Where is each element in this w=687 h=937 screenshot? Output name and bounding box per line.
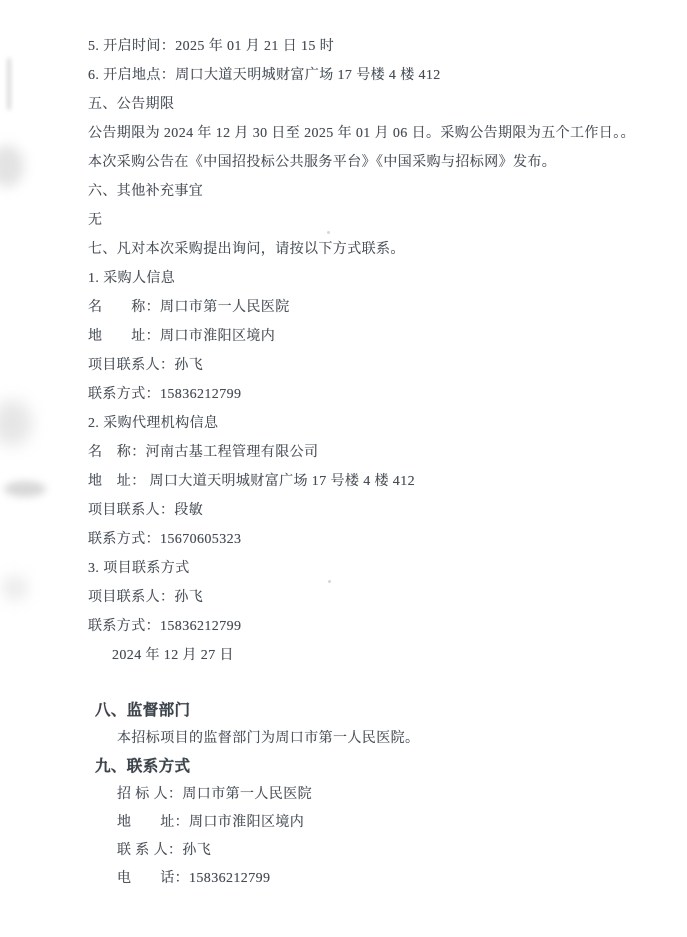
document-line: 联系方式：15836212799: [0, 610, 687, 639]
document-line: 联系方式：15836212799: [0, 378, 687, 407]
document-line: 项目联系人：段敏: [0, 494, 687, 523]
document-line: 五、公告期限: [0, 88, 687, 117]
document-line: 地 址：周口市淮阳区境内: [0, 320, 687, 349]
document-line: 招 标 人：周口市第一人民医院: [0, 779, 687, 807]
document-line: 项目联系人：孙飞: [0, 581, 687, 610]
document-line: 项目联系人：孙飞: [0, 349, 687, 378]
document-body: 5. 开启时间：2025 年 01 月 21 日 15 时6. 开启地点：周口大…: [0, 30, 687, 891]
document-line: 地 址：周口市淮阳区境内: [0, 807, 687, 835]
document-line: 6. 开启地点：周口大道天明城财富广场 17 号楼 4 楼 412: [0, 59, 687, 88]
document-line: 电 话：15836212799: [0, 863, 687, 891]
document-line: 名 称：周口市第一人民医院: [0, 291, 687, 320]
document-line: 联系方式：15670605323: [0, 523, 687, 552]
document-line: 2024 年 12 月 27 日: [0, 639, 687, 668]
document-line: 联 系 人：孙飞: [0, 835, 687, 863]
document-line: 2. 采购代理机构信息: [0, 407, 687, 436]
document-line: 地 址： 周口大道天明城财富广场 17 号楼 4 楼 412: [0, 465, 687, 494]
document-line: 3. 项目联系方式: [0, 552, 687, 581]
document-line: 名 称：河南古基工程管理有限公司: [0, 436, 687, 465]
section-heading: 八、监督部门: [0, 695, 687, 723]
document-line: 1. 采购人信息: [0, 262, 687, 291]
document-line: 公告期限为 2024 年 12 月 30 日至 2025 年 01 月 06 日…: [0, 117, 687, 146]
document-line: 本次采购公告在《中国招投标公共服务平台》《中国采购与招标网》发布。: [0, 146, 687, 175]
document-line: 六、其他补充事宜: [0, 175, 687, 204]
section-heading: 九、联系方式: [0, 751, 687, 779]
document-line: 本招标项目的监督部门为周口市第一人民医院。: [0, 723, 687, 751]
document-line: 无: [0, 204, 687, 233]
document-line: 5. 开启时间：2025 年 01 月 21 日 15 时: [0, 30, 687, 59]
document-line: 七、凡对本次采购提出询问，请按以下方式联系。: [0, 233, 687, 262]
document-page: 5. 开启时间：2025 年 01 月 21 日 15 时6. 开启地点：周口大…: [0, 0, 687, 937]
